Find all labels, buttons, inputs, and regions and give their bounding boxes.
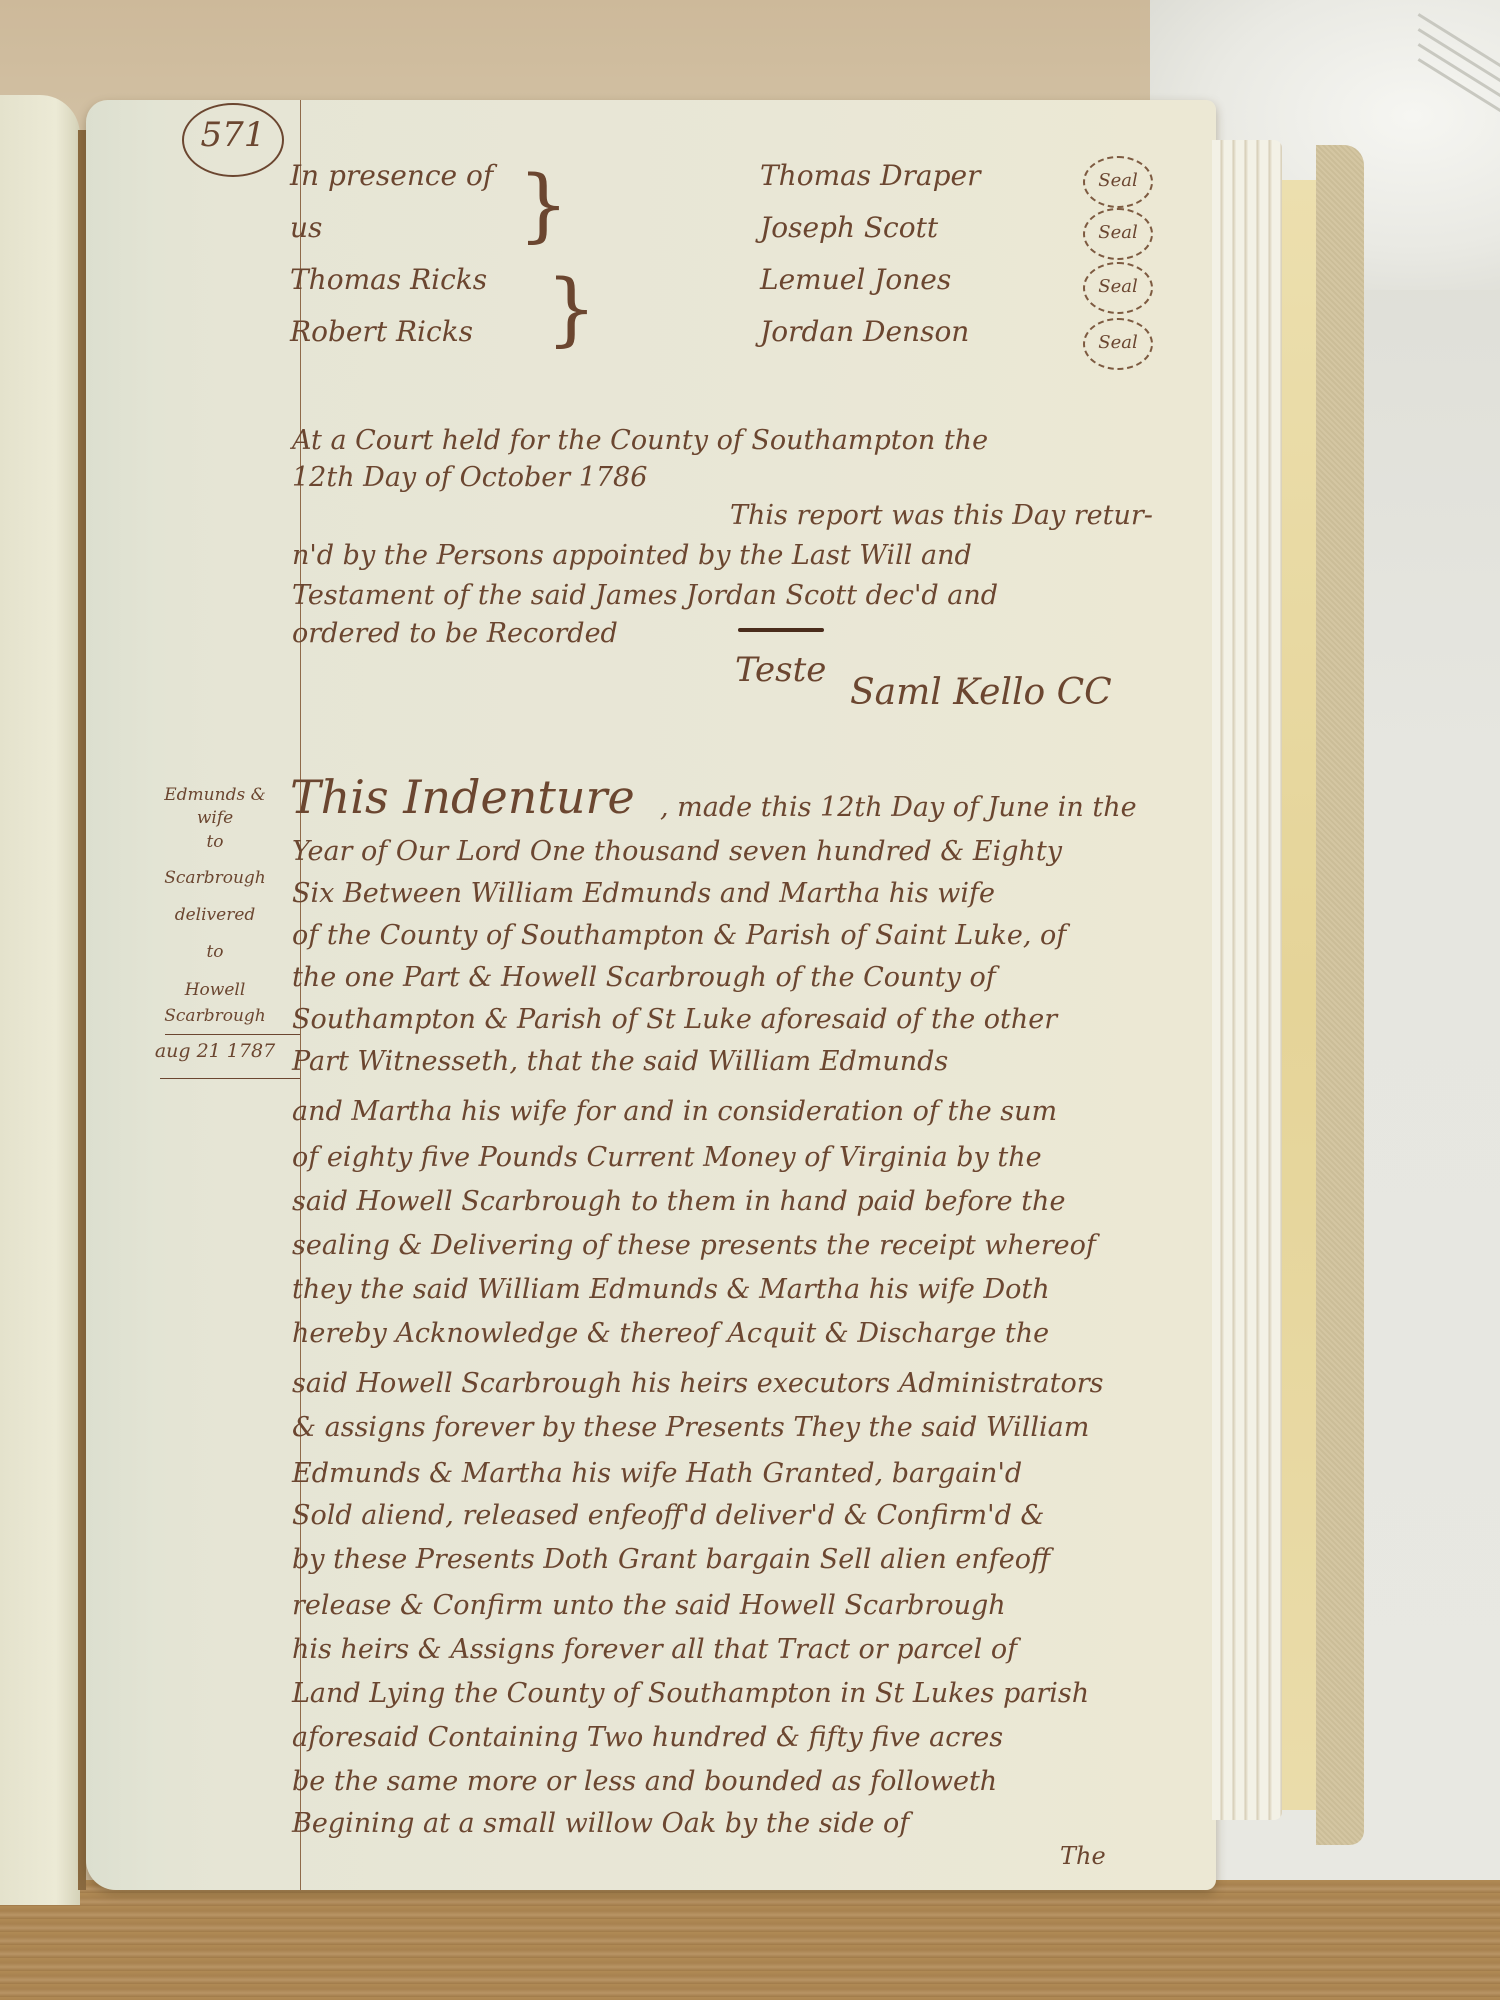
witness-name: Thomas Ricks <box>290 254 493 306</box>
marginal-note-line: wife <box>150 808 280 828</box>
flourish-dash <box>738 628 824 632</box>
indenture-line: of the County of Southampton & Parish of… <box>292 920 1066 951</box>
indenture-line: of eighty five Pounds Current Money of V… <box>292 1142 1042 1173</box>
catchword: The <box>1060 1842 1106 1870</box>
signatory-name: Jordan Denson <box>760 306 981 358</box>
cloth-binding <box>1316 145 1364 1845</box>
brace-icon: } <box>546 262 597 355</box>
marginal-note-line: Howell <box>150 980 280 1000</box>
indenture-line: hereby Acknowledge & thereof Acquit & Di… <box>292 1318 1049 1349</box>
court-line: ordered to be Recorded <box>292 618 618 649</box>
clerk-signature: Saml Kello CC <box>850 672 1112 713</box>
indenture-line: aforesaid Containing Two hundred & fifty… <box>292 1722 1003 1753</box>
court-line: At a Court held for the County of Southa… <box>292 425 988 456</box>
lamp-grip <box>1410 30 1500 150</box>
marginal-note-line: to <box>150 832 280 852</box>
marginal-note-line: to <box>150 942 280 962</box>
indenture-line: be the same more or less and bounded as … <box>292 1766 997 1797</box>
indenture-title: This Indenture <box>290 770 635 824</box>
indenture-line: said Howell Scarbrough to them in hand p… <box>292 1186 1065 1217</box>
court-line: 12th Day of October 1786 <box>292 462 647 493</box>
endpaper <box>1282 180 1316 1810</box>
attest-label: Teste <box>735 650 826 690</box>
seal-icon: Seal <box>1083 262 1153 314</box>
indenture-line: by these Presents Doth Grant bargain Sel… <box>292 1544 1050 1575</box>
indenture-line: & assigns forever by these Presents They… <box>292 1412 1089 1443</box>
indenture-line: release & Confirm unto the said Howell S… <box>292 1590 1006 1621</box>
indenture-line: Begining at a small willow Oak by the si… <box>292 1808 909 1839</box>
indenture-line: Land Lying the County of Southampton in … <box>292 1678 1089 1709</box>
wooden-desk <box>0 1880 1500 2000</box>
marginal-note-line: Edmunds & <box>150 785 280 805</box>
indenture-line: his heirs & Assigns forever all that Tra… <box>292 1634 1017 1665</box>
indenture-line: , made this 12th Day of June in the <box>660 792 1137 823</box>
indenture-line: Southampton & Parish of St Luke aforesai… <box>292 1004 1057 1035</box>
indenture-line: Part Witnesseth, that the said William E… <box>292 1046 948 1077</box>
indenture-line: Sold aliend, released enfeoff'd deliver'… <box>292 1500 1044 1531</box>
indenture-line: sealing & Delivering of these presents t… <box>292 1230 1096 1261</box>
marginal-note-line: Scarbrough <box>150 868 280 888</box>
court-line: n'd by the Persons appointed by the Last… <box>292 540 972 571</box>
signatory-name: Lemuel Jones <box>760 254 981 306</box>
marginal-note-date: aug 21 1787 <box>150 1040 280 1062</box>
marginal-rule <box>160 1078 300 1079</box>
book-gutter <box>78 130 86 1890</box>
page-edges <box>1212 140 1282 1820</box>
court-line: Testament of the said James Jordan Scott… <box>292 580 998 611</box>
signatory-block: Thomas Draper Joseph Scott Lemuel Jones … <box>760 150 981 358</box>
folio-number: 571 <box>182 103 284 177</box>
indenture-line: the one Part & Howell Scarbrough of the … <box>292 962 996 993</box>
witness-name: Robert Ricks <box>290 306 493 358</box>
indenture-line: Six Between William Edmunds and Martha h… <box>292 878 995 909</box>
seal-icon: Seal <box>1083 208 1153 260</box>
signatory-name: Thomas Draper <box>760 150 981 202</box>
brace-icon: } <box>518 158 569 251</box>
witness-heading-1: In presence of <box>290 150 493 202</box>
seal-icon: Seal <box>1083 156 1153 208</box>
left-page <box>0 95 80 1905</box>
margin-rule <box>300 100 301 1890</box>
court-line: This report was this Day retur- <box>730 500 1153 531</box>
indenture-line: said Howell Scarbrough his heirs executo… <box>292 1368 1104 1399</box>
indenture-line: Year of Our Lord One thousand seven hund… <box>292 836 1062 867</box>
indenture-line: they the said William Edmunds & Martha h… <box>292 1274 1050 1305</box>
marginal-note-line: delivered <box>150 905 280 925</box>
signatory-name: Joseph Scott <box>760 202 981 254</box>
indenture-line: Edmunds & Martha his wife Hath Granted, … <box>292 1458 1022 1489</box>
marginal-rule <box>165 1034 300 1035</box>
indenture-line: and Martha his wife for and in considera… <box>292 1096 1057 1127</box>
witness-heading-2: us <box>290 202 493 254</box>
marginal-note-line: Scarbrough <box>150 1006 280 1026</box>
witness-block: In presence of us Thomas Ricks Robert Ri… <box>290 150 493 358</box>
seal-icon: Seal <box>1083 318 1153 370</box>
